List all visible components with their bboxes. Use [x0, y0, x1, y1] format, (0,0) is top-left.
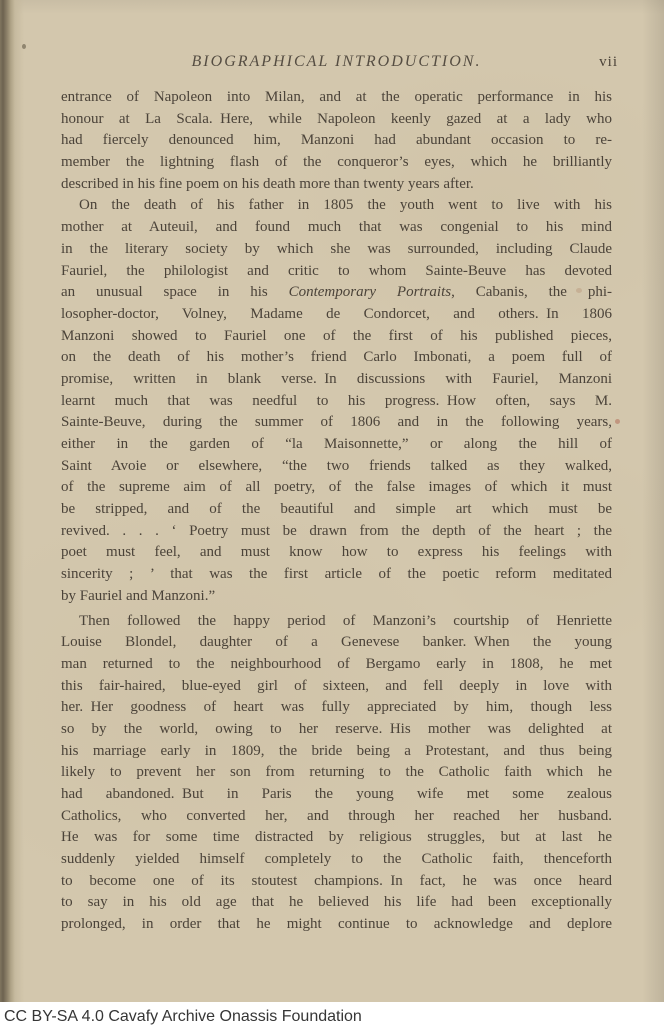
text-line: learnt much that was needful to his prog… [61, 391, 612, 413]
text-line: promise, written in blank verse. In disc… [61, 369, 612, 391]
text-line: losopher-doctor, Volney, Madame de Condo… [61, 304, 612, 326]
text-line: honour at La Scala. Here, while Napoleon… [61, 109, 612, 131]
text-line: revived. . . . ‘ Poetry must be drawn fr… [61, 521, 612, 543]
text-line: Fauriel, the philologist and critic to w… [61, 261, 612, 283]
text-line: described in his fine poem on his death … [61, 174, 612, 196]
paragraph: On the death of his father in 1805 the y… [61, 195, 612, 607]
running-title: BIOGRAPHICAL INTRODUCTION. [61, 53, 612, 71]
book-page: BIOGRAPHICAL INTRODUCTION. vii entrance … [0, 0, 664, 1002]
license-bar: CC BY-SA 4.0 Cavafy Archive Onassis Foun… [0, 1002, 664, 1032]
foxing-speck [615, 419, 620, 424]
text-line: in the literary society by which she was… [61, 239, 612, 261]
text-line: prolonged, in order that he might contin… [61, 914, 612, 936]
text-line: On the death of his father in 1805 the y… [61, 195, 612, 217]
text-line: man returned to the neighbourhood of Ber… [61, 654, 612, 676]
text-line: her. Her goodness of heart was fully app… [61, 697, 612, 719]
page-number: vii [599, 54, 618, 71]
text-line: likely to prevent her son from returning… [61, 762, 612, 784]
text-line: either in the garden of “la Maisonnette,… [61, 434, 612, 456]
text-line: Then followed the happy period of Manzon… [61, 611, 612, 633]
text-line: be stripped, and of the beautiful and si… [61, 499, 612, 521]
text-line: poet must feel, and must know how to exp… [61, 542, 612, 564]
text-line: member the lightning flash of the conque… [61, 152, 612, 174]
text-line: to say in his old age that he believed h… [61, 892, 612, 914]
text-line: had fiercely denounced him, Manzoni had … [61, 130, 612, 152]
text-line: on the death of his mother’s friend Carl… [61, 347, 612, 369]
text-line: his marriage early in 1809, the bride be… [61, 741, 612, 763]
text-line: an unusual space in his Contemporary Por… [61, 282, 612, 304]
foxing-speck [22, 44, 26, 49]
text-line: Catholics, who converted her, and throug… [61, 806, 612, 828]
text-line: of the supreme aim of all poetry, of the… [61, 477, 612, 499]
text-line: sincerity ; ’ that was the first article… [61, 564, 612, 586]
text-line: mother at Auteuil, and found much that w… [61, 217, 612, 239]
text-line: this fair-haired, blue-eyed girl of sixt… [61, 676, 612, 698]
page-header: BIOGRAPHICAL INTRODUCTION. vii [61, 53, 612, 75]
paragraph: entrance of Napoleon into Milan, and at … [61, 87, 612, 195]
text-line: entrance of Napoleon into Milan, and at … [61, 87, 612, 109]
text-line: had abandoned. But in Paris the young wi… [61, 784, 612, 806]
license-text: CC BY-SA 4.0 Cavafy Archive Onassis Foun… [4, 1008, 362, 1025]
text-line: Sainte-Beuve, during the summer of 1806 … [61, 412, 612, 434]
paragraph: Then followed the happy period of Manzon… [61, 611, 612, 936]
text-line: Manzoni showed to Fauriel one of the fir… [61, 326, 612, 348]
text-line: suddenly yielded himself completely to t… [61, 849, 612, 871]
text-line: Saint Avoie or elsewhere, “the two frien… [61, 456, 612, 478]
text-line: by Fauriel and Manzoni.” [61, 586, 612, 608]
text-line: to become one of its stoutest champions.… [61, 871, 612, 893]
text-line: Louise Blondel, daughter of a Genevese b… [61, 632, 612, 654]
text-line: He was for some time distracted by relig… [61, 827, 612, 849]
body-text: entrance of Napoleon into Milan, and at … [61, 87, 612, 936]
text-line: so by the world, owing to her reserve. H… [61, 719, 612, 741]
binding-shadow [0, 0, 24, 1002]
